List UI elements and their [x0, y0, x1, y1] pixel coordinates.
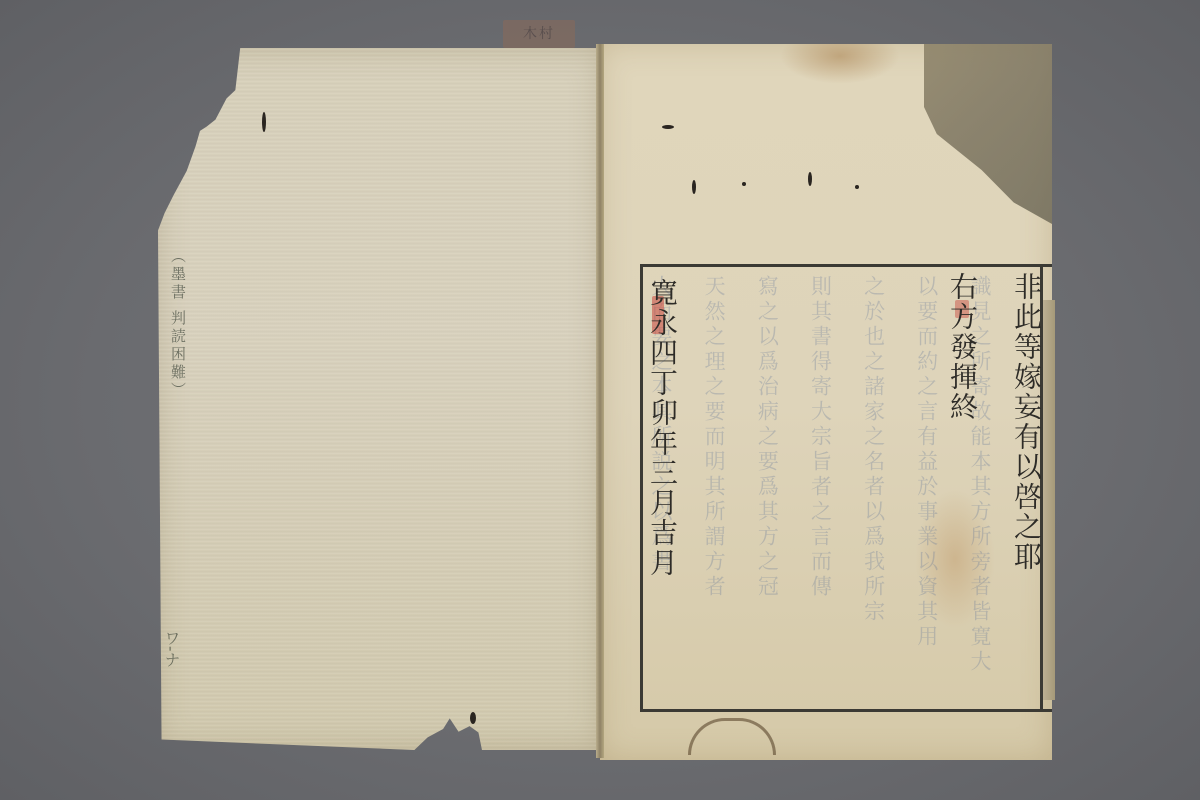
left-margin-note-lower: ワ-ナ — [163, 630, 179, 667]
bleed-through-text: 識見之所寄故能本其方所旁者皆寛大 以要而約之言有益於事業以資其用 之於也之諸家之… — [650, 275, 990, 705]
worm-hole — [470, 712, 476, 724]
worm-hole — [692, 180, 696, 194]
bleed-through-column: 之於也之諸家之名者以爲我所宗 — [863, 275, 884, 705]
bleed-through-column: 以要而約之言有益於事業以資其用 — [916, 275, 937, 705]
bleed-through-column: 寫之以爲治病之要爲其方之冠 — [756, 275, 777, 705]
colophon-line-1: 非此等嫁妄有以啓之耶 — [1012, 272, 1040, 572]
worm-hole — [855, 185, 859, 189]
water-stain — [780, 44, 900, 84]
colophon-line-2: 右方發揮終 — [948, 272, 976, 422]
bleed-through-column: 則其書得寄大宗旨者之言而傳 — [809, 275, 830, 705]
worm-hole — [742, 182, 746, 186]
damaged-corner — [924, 44, 1052, 224]
worm-hole — [808, 172, 812, 186]
left-page — [158, 48, 600, 750]
colophon-date: 寛永四丁卯年三月吉月 — [648, 278, 676, 578]
catalog-tab-label: 木村 — [503, 20, 575, 48]
left-margin-note-upper: （墨書 判読困難） — [170, 248, 185, 400]
worm-hole — [262, 112, 266, 132]
bleed-through-column: 天然之理之要而明其所謂方者 — [703, 275, 724, 705]
worm-hole — [662, 125, 674, 129]
book-spine-gutter — [596, 44, 604, 758]
